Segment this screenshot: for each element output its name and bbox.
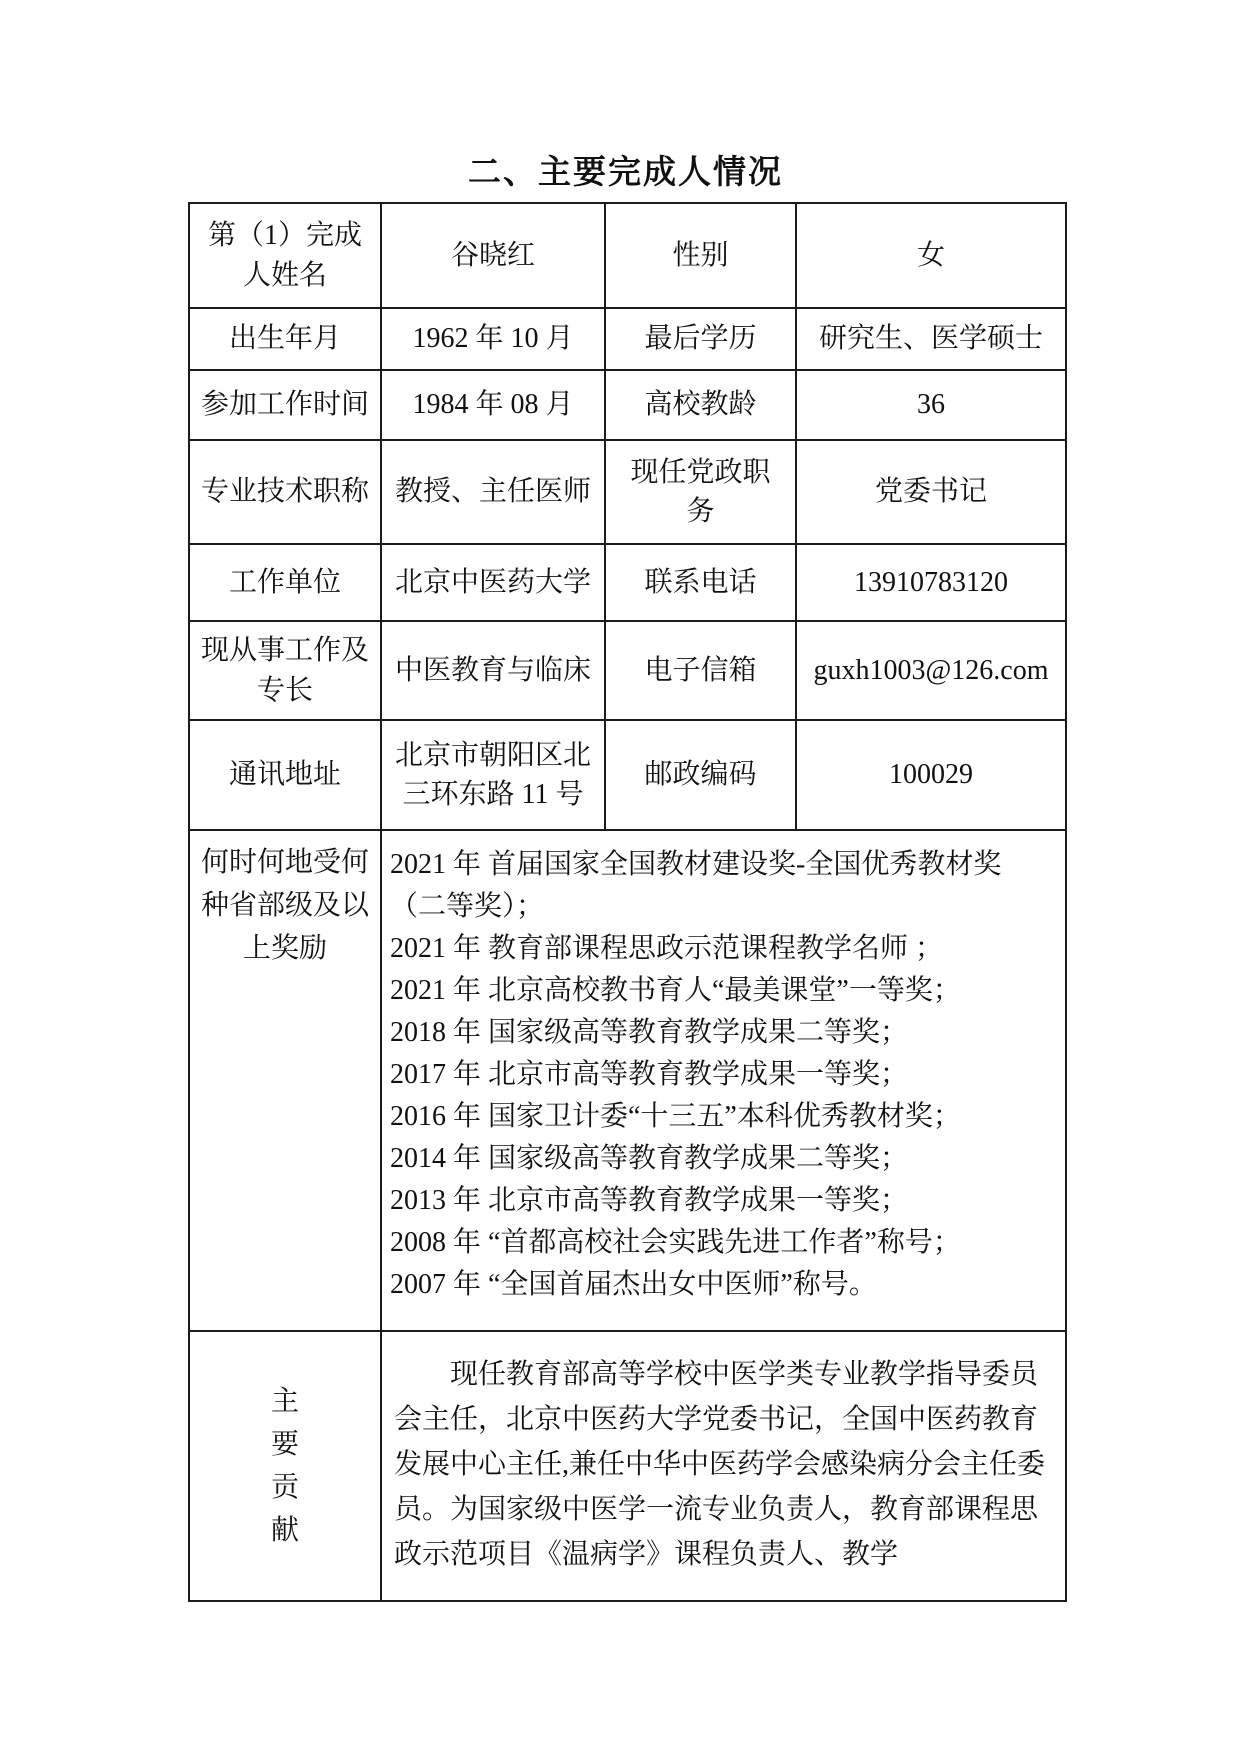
label-phone: 联系电话 [605,544,796,621]
value-phone: 13910783120 [796,544,1066,621]
value-professional-title: 教授、主任医师 [381,440,605,544]
label-birth-date: 出生年月 [189,308,381,370]
value-last-education: 研究生、医学硕士 [796,308,1066,370]
award-line: 2007 年 “全国首届杰出女中医师”称号。 [390,1264,1057,1306]
value-work-start-date: 1984 年 08 月 [381,370,605,440]
contribution-label-char: 主 [190,1380,380,1423]
label-awards: 何时何地受何种省部级及以上奖励 [189,830,381,1331]
label-employer: 工作单位 [189,544,381,621]
award-line: 2017 年 北京市高等教育教学成果一等奖； [390,1054,1057,1096]
value-employer: 北京中医药大学 [381,544,605,621]
value-party-position: 党委书记 [796,440,1066,544]
value-mailing-address: 北京市朝阳区北三环东路 11 号 [381,720,605,830]
value-birth-date: 1962 年 10 月 [381,308,605,370]
contribution-label-char: 贡 [190,1466,380,1509]
value-gender: 女 [796,203,1066,308]
completer-info-table: 第（1）完成人姓名 谷晓红 性别 女 出生年月 1962 年 10 月 最后学历… [188,202,1067,1602]
table-row: 现从事工作及专长 中医教育与临床 电子信箱 guxh1003@126.com [189,621,1066,720]
contribution-row: 主 要 贡 献 现任教育部高等学校中医学类专业教学指导委员会主任，北京中医药大学… [189,1331,1066,1601]
value-current-work: 中医教育与临床 [381,621,605,720]
value-completer-name: 谷晓红 [381,203,605,308]
label-last-education: 最后学历 [605,308,796,370]
label-email: 电子信箱 [605,621,796,720]
award-line: 2021 年 首届国家全国教材建设奖-全国优秀教材奖 [390,844,1057,886]
award-line: 2018 年 国家级高等教育教学成果二等奖； [390,1012,1057,1054]
contribution-label-char: 献 [190,1509,380,1552]
award-line: 2021 年 北京高校教书育人“最美课堂”一等奖； [390,970,1057,1012]
value-email: guxh1003@126.com [796,621,1066,720]
award-line: 2014 年 国家级高等教育教学成果二等奖； [390,1138,1057,1180]
label-current-work: 现从事工作及专长 [189,621,381,720]
label-professional-title: 专业技术职称 [189,440,381,544]
table-row: 专业技术职称 教授、主任医师 现任党政职务 党委书记 [189,440,1066,544]
awards-row: 何时何地受何种省部级及以上奖励 2021 年 首届国家全国教材建设奖-全国优秀教… [189,830,1066,1331]
label-completer-name: 第（1）完成人姓名 [189,203,381,308]
contribution-label-char: 要 [190,1423,380,1466]
section-title: 二、主要完成人情况 [188,146,1063,193]
award-line: 2021 年 教育部课程思政示范课程教学名师 ； [390,928,1057,970]
table-row: 参加工作时间 1984 年 08 月 高校教龄 36 [189,370,1066,440]
label-postcode: 邮政编码 [605,720,796,830]
document-page: 二、主要完成人情况 第（1）完成人姓名 谷晓红 性别 女 出生年月 1962 年… [0,0,1241,1754]
label-work-start-date: 参加工作时间 [189,370,381,440]
award-line: （二等奖）； [390,886,1057,928]
contribution-text: 现任教育部高等学校中医学类专业教学指导委员会主任，北京中医药大学党委书记，全国中… [394,1352,1053,1577]
label-mailing-address: 通讯地址 [189,720,381,830]
awards-content: 2021 年 首届国家全国教材建设奖-全国优秀教材奖 （二等奖）； 2021 年… [381,830,1066,1331]
contribution-content: 现任教育部高等学校中医学类专业教学指导委员会主任，北京中医药大学党委书记，全国中… [381,1331,1066,1601]
value-postcode: 100029 [796,720,1066,830]
table-row: 出生年月 1962 年 10 月 最后学历 研究生、医学硕士 [189,308,1066,370]
award-line: 2008 年 “首都高校社会实践先进工作者”称号； [390,1222,1057,1264]
award-line: 2013 年 北京市高等教育教学成果一等奖； [390,1180,1057,1222]
table-row: 通讯地址 北京市朝阳区北三环东路 11 号 邮政编码 100029 [189,720,1066,830]
label-gender: 性别 [605,203,796,308]
label-teaching-years: 高校教龄 [605,370,796,440]
label-main-contribution: 主 要 贡 献 [189,1331,381,1601]
label-party-position: 现任党政职务 [605,440,796,544]
award-line: 2016 年 国家卫计委“十三五”本科优秀教材奖； [390,1096,1057,1138]
value-teaching-years: 36 [796,370,1066,440]
table-row: 工作单位 北京中医药大学 联系电话 13910783120 [189,544,1066,621]
table-row: 第（1）完成人姓名 谷晓红 性别 女 [189,203,1066,308]
